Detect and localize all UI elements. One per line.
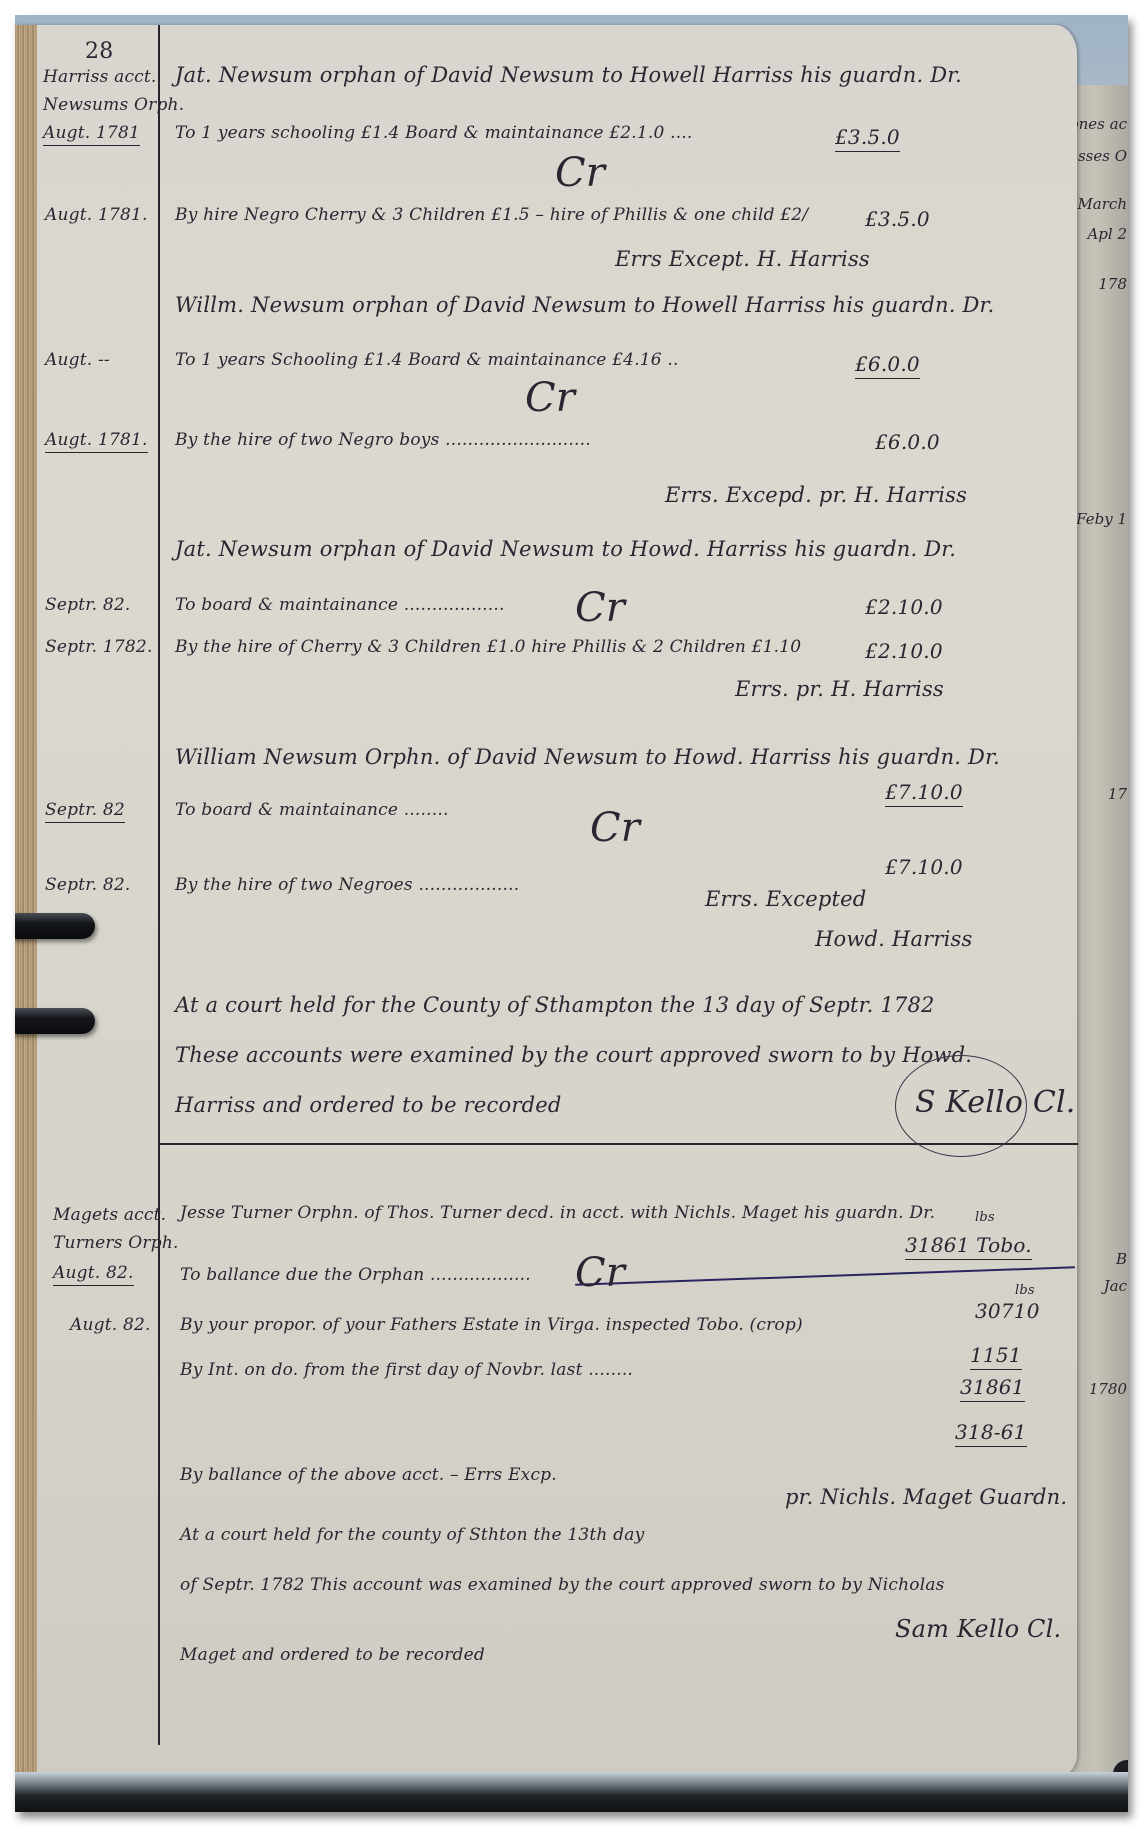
margin-date: Augt. 82. <box>70 1315 151 1335</box>
adjacent-note: 1780 <box>1089 1380 1127 1398</box>
scanned-ledger-photo: Jones ac Vasses O March Apl 2 178 Feby 1… <box>15 15 1128 1812</box>
clerk-signature: Sam Kello Cl. <box>895 1615 1061 1643</box>
margin-note: Harriss acct. <box>43 67 157 87</box>
debit-amount: £7.10.0 <box>885 780 963 807</box>
signature-rule <box>575 1266 1075 1285</box>
unit-label: lbs <box>975 1210 995 1225</box>
credit-line: By your propor. of your Fathers Estate i… <box>180 1315 803 1335</box>
credit-amount: £7.10.0 <box>885 855 963 879</box>
court-record-line: These accounts were examined by the cour… <box>175 1043 972 1067</box>
creditor-mark: Cr <box>575 1250 625 1296</box>
binder-ring <box>15 1008 95 1034</box>
credit-amount: £2.10.0 <box>865 639 943 663</box>
credit-amount: 30710 <box>975 1299 1040 1323</box>
creditor-mark: Cr <box>590 805 640 851</box>
credit-total: 318-61 <box>955 1420 1027 1447</box>
credit-line: By Int. on do. from the first day of Nov… <box>180 1360 633 1380</box>
binder-ring <box>15 913 95 939</box>
account-header: William Newsum Orphn. of David Newsum to… <box>175 745 1000 769</box>
unit-label: lbs <box>1015 1283 1035 1298</box>
margin-date: Augt. 82. <box>53 1263 134 1286</box>
errors-excepted-signoff: Errs. pr. H. Harriss <box>735 677 944 701</box>
adjacent-note: March <box>1077 195 1127 213</box>
credit-line: By the hire of two Negroes .............… <box>175 875 519 895</box>
adjacent-note: Apl 2 <box>1087 225 1127 243</box>
margin-date: Augt. -- <box>45 350 110 370</box>
margin-date: Septr. 1782. <box>45 637 153 657</box>
adjacent-note: 178 <box>1098 275 1127 293</box>
credit-line: By ballance of the above acct. – Errs Ex… <box>180 1465 557 1485</box>
adjacent-note: 17 <box>1108 785 1127 803</box>
debit-line: To board & maintainance ................… <box>175 595 505 615</box>
debit-amount: £2.10.0 <box>865 595 943 619</box>
credit-amount: £6.0.0 <box>875 430 940 454</box>
errors-excepted-signoff: Errs. Excepted <box>705 887 866 911</box>
margin-date: Septr. 82. <box>45 875 131 895</box>
debit-line: To ballance due the Orphan .............… <box>180 1265 531 1285</box>
account-header: Jat. Newsum orphan of David Newsum to Ho… <box>175 537 956 561</box>
page-stack-edges <box>15 25 37 1785</box>
adjacent-note: Feby 1 <box>1076 510 1127 528</box>
guardian-signoff: pr. Nichls. Maget Guardn. <box>785 1485 1067 1509</box>
margin-date: Augt. 1781 <box>43 123 140 146</box>
margin-date: Septr. 82 <box>45 800 125 823</box>
adjacent-note: Jac <box>1104 1277 1127 1295</box>
account-header: Jesse Turner Orphn. of Thos. Turner decd… <box>180 1203 935 1223</box>
credit-line: By the hire of two Negro boys ..........… <box>175 430 591 450</box>
court-record-line: of Septr. 1782 This account was examined… <box>180 1575 945 1595</box>
margin-note: Turners Orph. <box>53 1233 179 1253</box>
margin-note: Newsums Orph. <box>43 95 184 115</box>
creditor-mark: Cr <box>555 150 605 196</box>
account-header: Willm. Newsum orphan of David Newsum to … <box>175 293 994 317</box>
debit-amount: 31861 Tobo. <box>905 1233 1032 1260</box>
debit-amount: £3.5.0 <box>835 125 900 152</box>
adjacent-note: B <box>1116 1250 1127 1268</box>
background-shadow <box>15 1772 1128 1812</box>
debit-amount: £6.0.0 <box>855 352 920 379</box>
credit-amount: 1151 <box>970 1343 1022 1370</box>
debit-line: To 1 years Schooling £1.4 Board & mainta… <box>175 350 679 370</box>
court-record-line: Maget and ordered to be recorded <box>180 1645 485 1665</box>
debit-line: To 1 years schooling £1.4 Board & mainta… <box>175 123 693 143</box>
margin-note: Magets acct. <box>53 1205 166 1225</box>
court-record-line: Harriss and ordered to be recorded <box>175 1093 561 1117</box>
account-header: Jat. Newsum orphan of David Newsum to Ho… <box>175 63 962 87</box>
creditor-mark: Cr <box>575 585 625 631</box>
margin-date: Augt. 1781. <box>45 205 148 225</box>
adjacent-page: Jones ac Vasses O March Apl 2 178 Feby 1… <box>1070 85 1128 1775</box>
page-number: 28 <box>85 39 113 64</box>
ledger-page: 28 Harriss acct. Newsums Orph. Augt. 178… <box>15 25 1077 1785</box>
creditor-mark: Cr <box>525 375 575 421</box>
clerk-signature: S Kello Cl. <box>915 1085 1076 1120</box>
margin-date: Augt. 1781. <box>45 430 148 453</box>
court-record-line: At a court held for the county of Sthton… <box>180 1525 644 1545</box>
margin-date: Septr. 82. <box>45 595 131 615</box>
errors-excepted-signoff: Errs Except. H. Harriss <box>615 247 870 271</box>
credit-line: By the hire of Cherry & 3 Children £1.0 … <box>175 637 801 657</box>
guardian-signature: Howd. Harriss <box>815 927 973 951</box>
credit-amount: £3.5.0 <box>865 207 930 231</box>
debit-line: To board & maintainance ........ <box>175 800 449 820</box>
errors-excepted-signoff: Errs. Excepd. pr. H. Harriss <box>665 483 967 507</box>
court-record-line: At a court held for the County of Sthamp… <box>175 993 935 1017</box>
credit-line: By hire Negro Cherry & 3 Children £1.5 –… <box>175 205 808 225</box>
margin-rule <box>158 25 160 1745</box>
credit-total: 31861 <box>960 1375 1025 1402</box>
